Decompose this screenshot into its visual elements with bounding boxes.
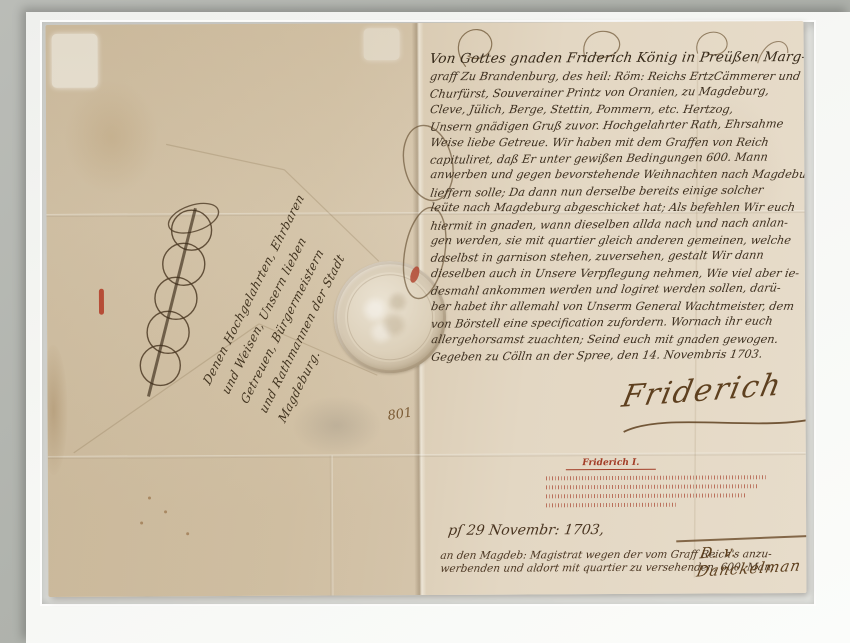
letter-line: leüte nach Magdeburg abgeschicket hat; A… xyxy=(429,200,797,217)
letter-line: daselbst in garnison stehen, zuversehen,… xyxy=(429,248,798,268)
red-annotation-scribble xyxy=(546,503,676,508)
signature-underline-swash xyxy=(620,405,807,438)
registratur-date: pſ 29 Novembr: 1703, xyxy=(447,522,605,539)
letter-body: Von Gottes gnaden Friderich König in Pre… xyxy=(430,49,798,365)
letter-line: anwerben und gegen bevorstehende Weihnac… xyxy=(429,167,797,184)
letter-line: ber habet ihr allemahl von Unserm Genera… xyxy=(430,299,798,316)
letter-line: desmahl ankommen werden und logiret werd… xyxy=(430,281,799,301)
letter-heading: Von Gottes gnaden Friderich König in Pre… xyxy=(428,49,796,67)
letter-line: von Börstell eine specification zuforder… xyxy=(430,313,799,333)
letter-sheet: Denen Hochgelahrten, Ehrbaren und Weisen… xyxy=(46,21,807,597)
framed-letter-photo: Denen Hochgelahrten, Ehrbaren und Weisen… xyxy=(0,0,850,643)
mat-board: Denen Hochgelahrten, Ehrbaren und Weisen… xyxy=(26,12,850,643)
letter-line: Churfürst, Souverainer Printz von Oranie… xyxy=(429,84,798,104)
mat-window: Denen Hochgelahrten, Ehrbaren und Weisen… xyxy=(40,20,816,606)
red-annotation-heading: Friderich I. xyxy=(566,458,656,470)
countersignature: D. v. Danckelman xyxy=(695,538,807,581)
letter-line: Gegeben zu Cölln an der Spree, den 14. N… xyxy=(430,346,799,366)
letter-line: Unsern gnädigen Gruß zuvor. Hochgelahrte… xyxy=(429,116,798,136)
letter-line: allergehorsamst zuachten; Seind euch mit… xyxy=(430,331,798,348)
letter-line: hiermit in gnaden, wann dieselben allda … xyxy=(429,215,798,235)
letter-line: Weise liebe Getreue. Wir haben mit dem G… xyxy=(429,134,797,151)
